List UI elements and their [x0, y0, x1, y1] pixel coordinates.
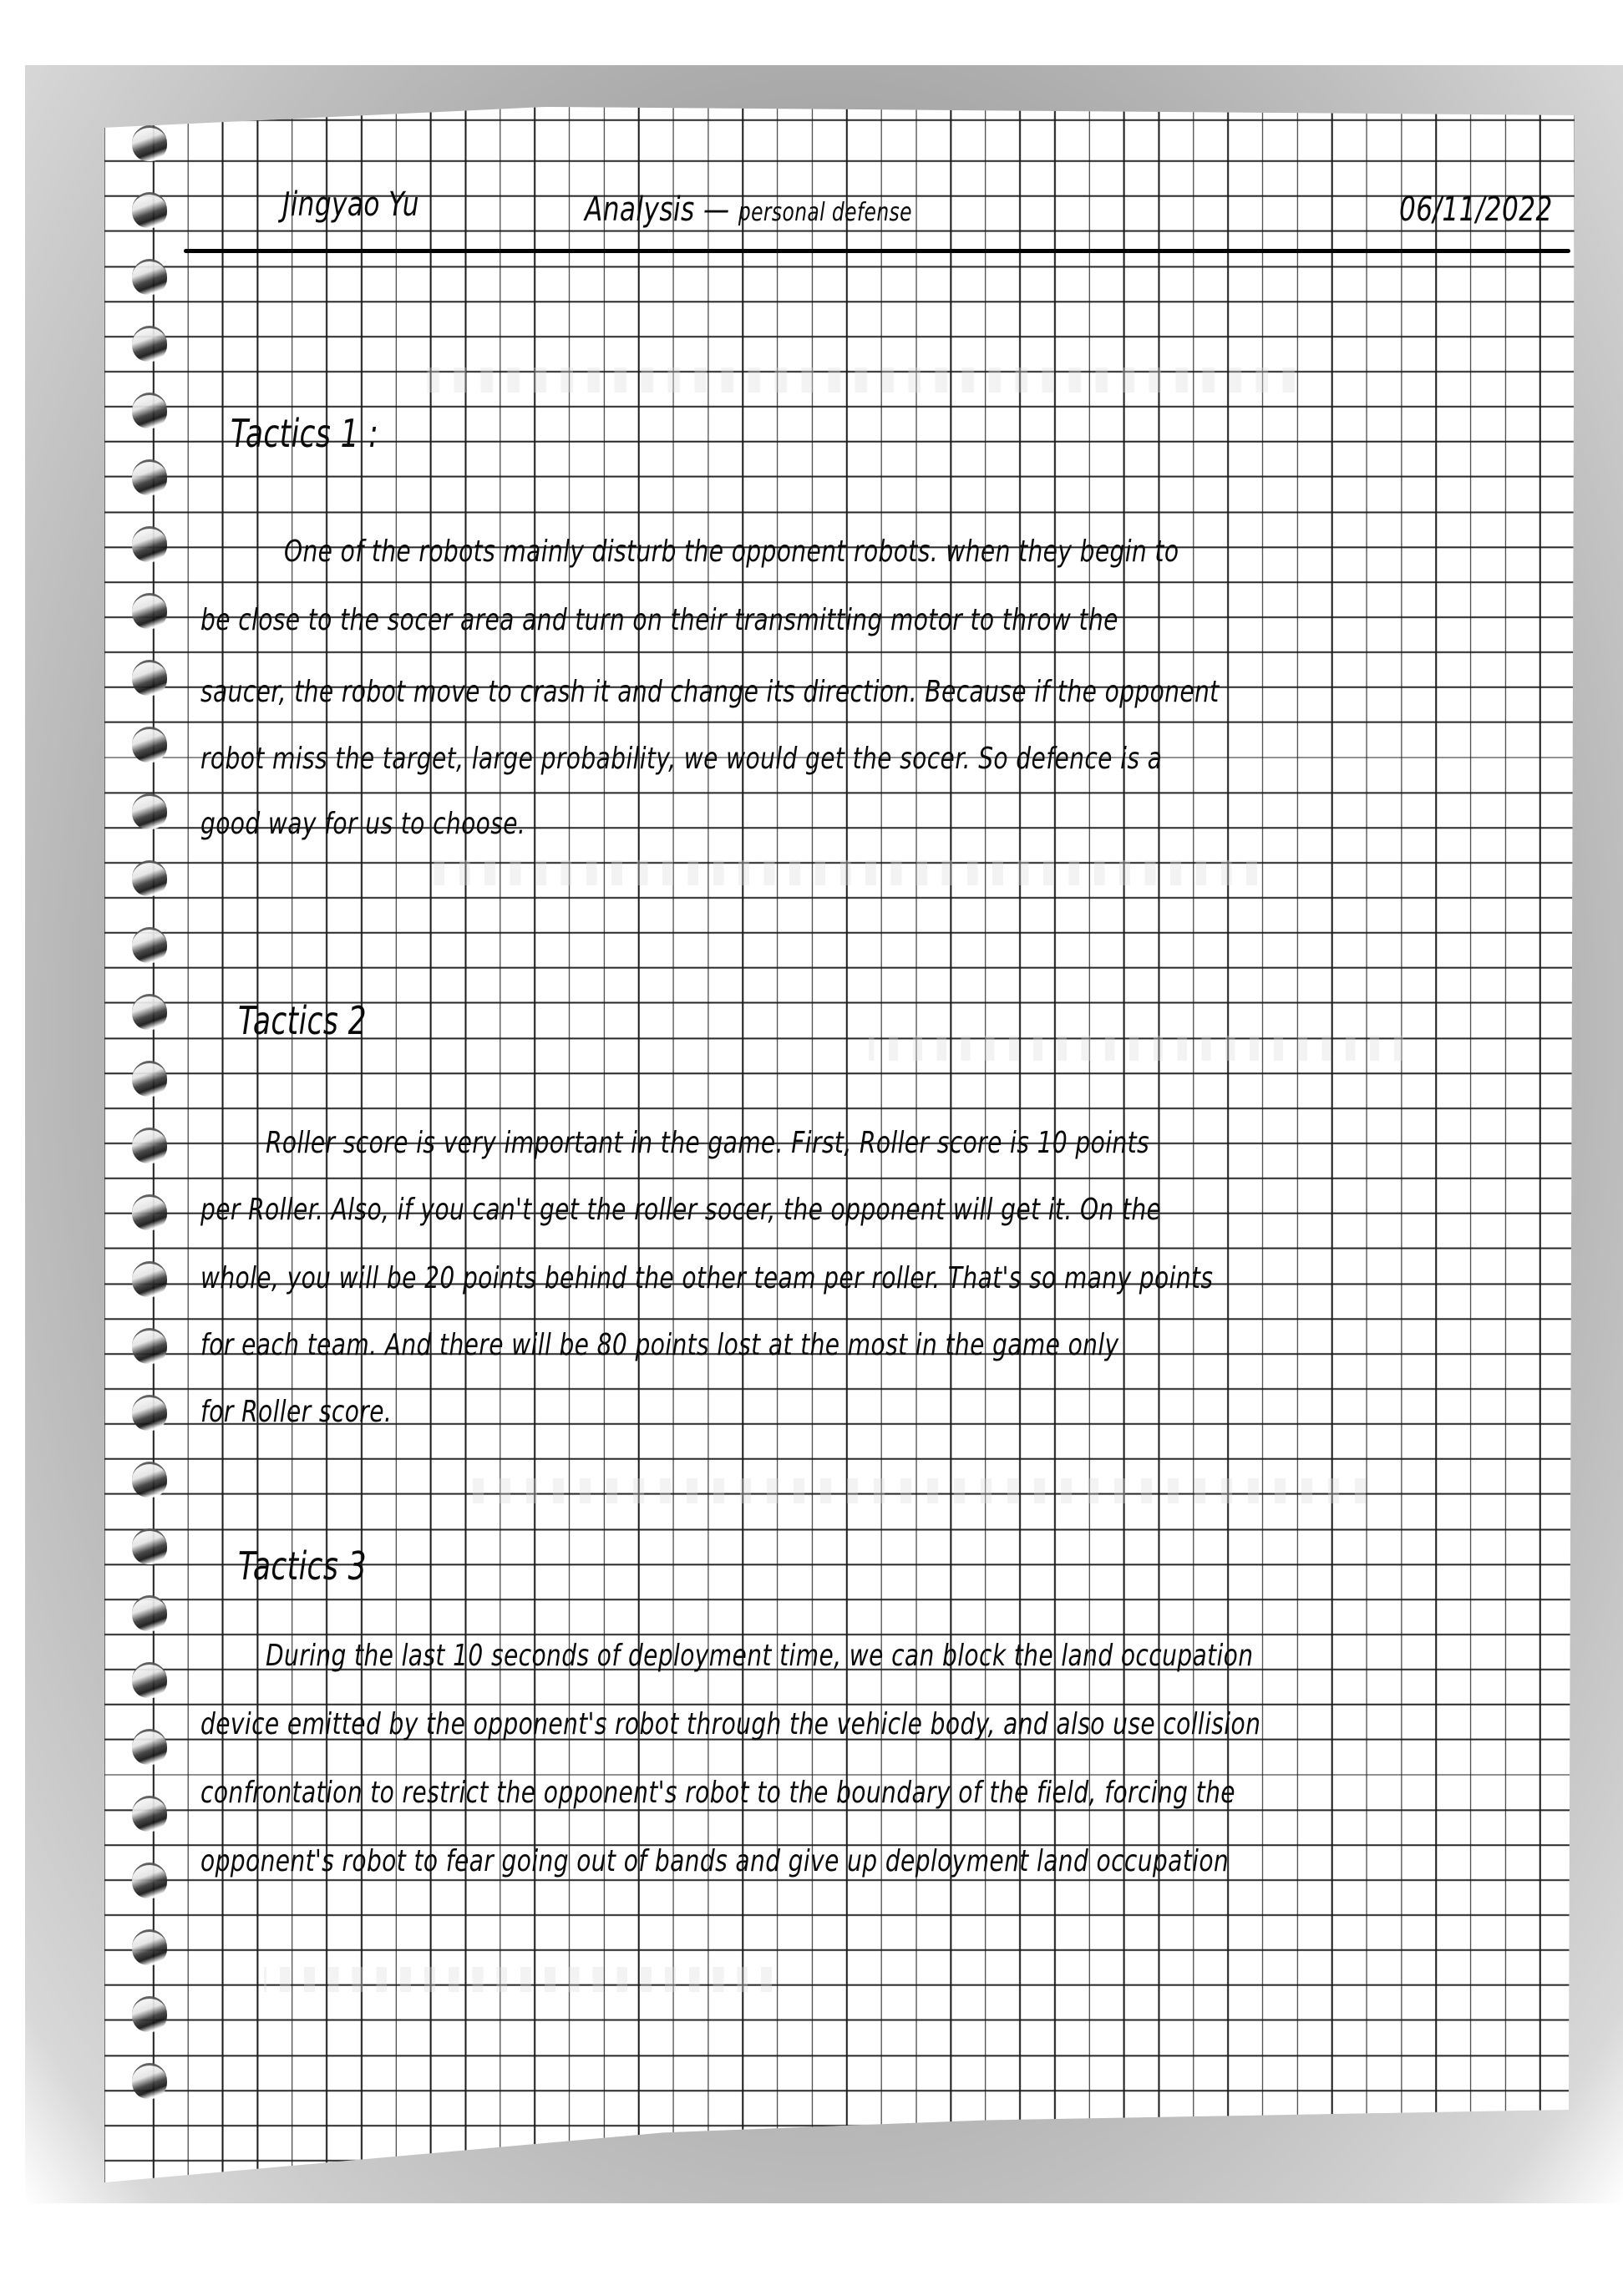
bleed-through-mark [869, 1036, 1403, 1061]
section-1-line: robot miss the target, large probability… [200, 742, 1162, 776]
spiral-hole-icon [132, 1662, 167, 1698]
page-date: 06/11/2022 [1399, 190, 1553, 229]
section-2-line: whole, you will be 20 points behind the … [200, 1261, 1213, 1295]
spiral-hole-icon [132, 2063, 167, 2099]
section-2-line: for Roller score. [200, 1395, 392, 1429]
spiral-hole-icon [132, 259, 167, 295]
spiral-hole-icon [132, 860, 167, 896]
spiral-hole-icon [132, 927, 167, 963]
bleed-through-mark [422, 860, 1257, 885]
spiral-hole-icon [132, 1863, 167, 1898]
section-1-line: saucer, the robot move to crash it and c… [200, 675, 1220, 709]
spiral-hole-icon [132, 1395, 167, 1431]
section-2-line: for each team. And there will be 80 poin… [200, 1328, 1119, 1362]
spiral-hole-icon [132, 793, 167, 829]
spiral-binding [125, 125, 184, 2130]
spiral-hole-icon [132, 660, 167, 696]
title-sub: personal defense [738, 198, 912, 227]
title-main: Analysis [585, 190, 695, 229]
section-3-line: confrontation to restrict the opponent's… [200, 1776, 1235, 1810]
section-heading-tactics-3: Tactics 3 [238, 1543, 367, 1589]
spiral-hole-icon [132, 1528, 167, 1564]
title-dash: — [703, 190, 730, 229]
spiral-hole-icon [132, 192, 167, 228]
spiral-hole-icon [132, 1194, 167, 1230]
section-3-line: During the last 10 seconds of deployment… [266, 1639, 1253, 1673]
section-1-line: be close to the socer area and turn on t… [200, 603, 1118, 637]
header-divider [184, 249, 1570, 253]
spiral-hole-icon [132, 593, 167, 629]
section-2-line: per Roller. Also, if you can't get the r… [200, 1193, 1161, 1227]
section-heading-tactics-2: Tactics 2 [238, 998, 367, 1043]
spiral-hole-icon [132, 1261, 167, 1297]
spiral-hole-icon [132, 1595, 167, 1631]
spiral-hole-icon [132, 326, 167, 362]
spiral-hole-icon [132, 727, 167, 763]
spiral-hole-icon [132, 1729, 167, 1765]
spiral-hole-icon [132, 1796, 167, 1832]
section-2-line: Roller score is very important in the ga… [266, 1126, 1149, 1160]
spiral-hole-icon [132, 125, 167, 161]
bleed-through-mark [464, 1478, 1366, 1503]
page-title: Analysis — personal defense [585, 190, 912, 229]
spiral-hole-icon [132, 1929, 167, 1965]
section-3-line: opponent's robot to fear going out of ba… [200, 1844, 1229, 1878]
spiral-hole-icon [132, 393, 167, 428]
section-3-line: device emitted by the opponent's robot t… [200, 1707, 1260, 1741]
spiral-hole-icon [132, 526, 167, 562]
author-name: Jingyao Yu [282, 185, 419, 224]
section-heading-tactics-1: Tactics 1 : [231, 411, 378, 456]
bleed-through-mark [426, 367, 1295, 393]
section-1-line: One of the robots mainly disturb the opp… [284, 535, 1179, 569]
spiral-hole-icon [132, 1061, 167, 1097]
spiral-hole-icon [132, 459, 167, 495]
spiral-hole-icon [132, 994, 167, 1030]
spiral-hole-icon [132, 1328, 167, 1364]
spiral-hole-icon [132, 1462, 167, 1498]
bleed-through-mark [264, 1967, 772, 1992]
section-1-line: good way for us to choose. [200, 807, 525, 841]
spiral-hole-icon [132, 1128, 167, 1163]
spiral-hole-icon [132, 1996, 167, 2032]
